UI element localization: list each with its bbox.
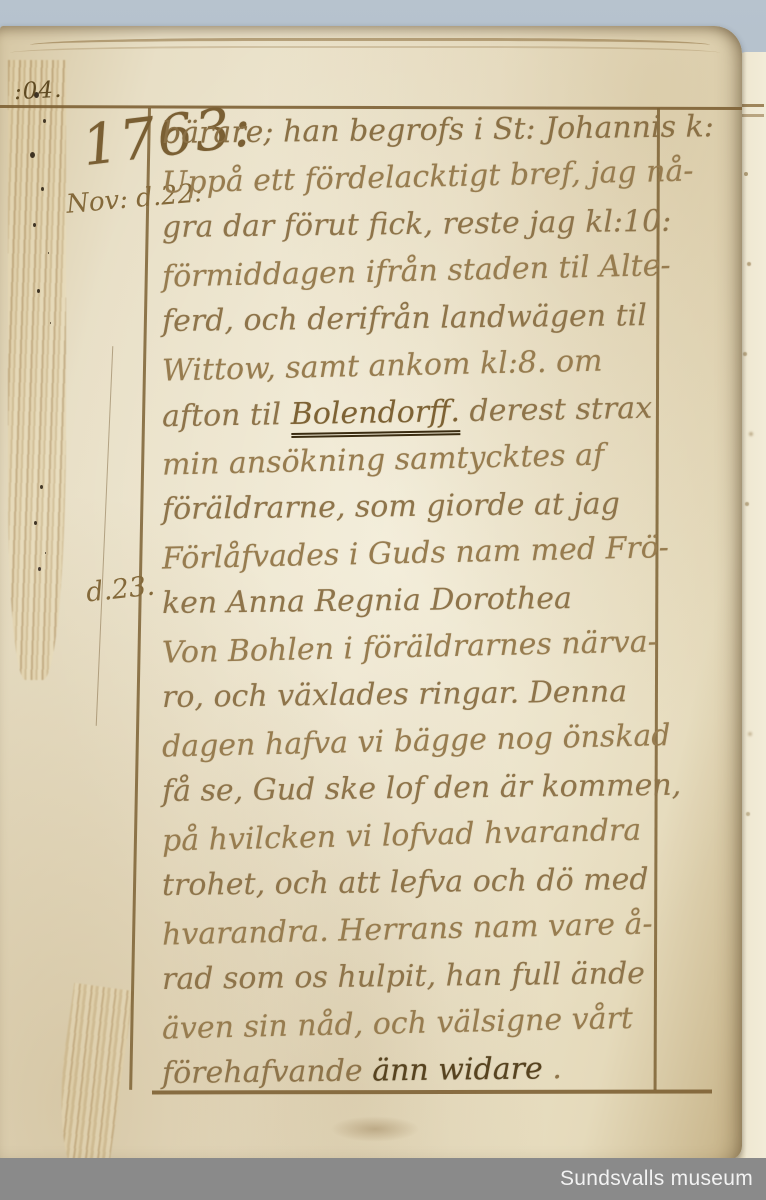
text-line-with-underline: afton til Bolendorff. derest strax (162, 392, 657, 435)
manuscript-text-block: bärare; han begrofs i St: Johannis k: Up… (162, 114, 656, 1088)
next-page-ink-marks (744, 172, 748, 176)
next-page-rule-line (740, 114, 764, 117)
paper-scratch (96, 346, 114, 726)
folio-number: :04. (13, 77, 63, 105)
text-line: förmiddagen ifrån staden til Alte- (162, 249, 657, 294)
text-line: Wittow, samt ankom kl:8. om (162, 343, 657, 388)
museum-credit-bar: Sundsvalls museum (0, 1158, 766, 1200)
text-line: på hvilcken vi lofvad hvarandra (162, 813, 657, 858)
text-line: få se, Gud ske lof den är kommen, (162, 769, 656, 809)
underlined-place-name: Bolendorff. (290, 394, 460, 438)
text-segment: . (543, 1051, 563, 1086)
text-line: gra dar förut fick, reste jag kl:10: (162, 205, 656, 245)
binding-fore-edge (8, 60, 66, 680)
text-line: Uppå ett fördelacktigt bref, jag nå- (162, 155, 657, 200)
ink-smudge (330, 1116, 420, 1142)
text-line: ro, och växlades ringar. Denna (162, 675, 656, 715)
text-segment: derest strax (460, 391, 653, 429)
text-line: ken Anna Regnia Dorothea (162, 581, 656, 621)
ruled-line-top (0, 105, 742, 110)
text-line: bärare; han begrofs i St: Johannis k: (162, 111, 656, 151)
darker-ink-phrase: änn widare (372, 1051, 543, 1088)
text-line: dagen hafva vi bägge nog önskad (162, 719, 657, 764)
stacked-page-edges (10, 46, 720, 60)
text-line: Förlåfvades i Guds nam med Frö- (162, 531, 657, 576)
text-line: hvarandra. Herrans nam vare å- (162, 907, 657, 952)
manuscript-photo: :04. 1763: Nov: d.22: d.23. bärare; han … (0, 0, 766, 1200)
museum-credit-label: Sundsvalls museum (560, 1167, 753, 1191)
text-line: min ansökning samtycktes af (162, 437, 657, 482)
next-page-rule-line (740, 104, 764, 107)
text-line: ferd, och derifrån landwägen til (162, 299, 656, 339)
text-line: Von Bohlen i föräldrarnes närva- (162, 625, 657, 670)
manuscript-page: :04. 1763: Nov: d.22: d.23. bärare; han … (0, 26, 742, 1160)
text-line: rad som os hulpit, han full ände (162, 957, 656, 997)
text-segment: förehafvande (162, 1053, 373, 1091)
margin-note-date-23: d.23. (85, 570, 157, 608)
ruled-line-bottom (152, 1090, 712, 1095)
text-line-final: förehafvande änn widare . (162, 1051, 656, 1091)
text-line: föräldrarne, som giorde at jag (162, 487, 656, 527)
text-line: även sin nåd, och välsigne vårt (162, 1001, 657, 1046)
text-line: trohet, och att lefva och dö med (162, 863, 656, 903)
text-segment: afton til (162, 397, 291, 434)
